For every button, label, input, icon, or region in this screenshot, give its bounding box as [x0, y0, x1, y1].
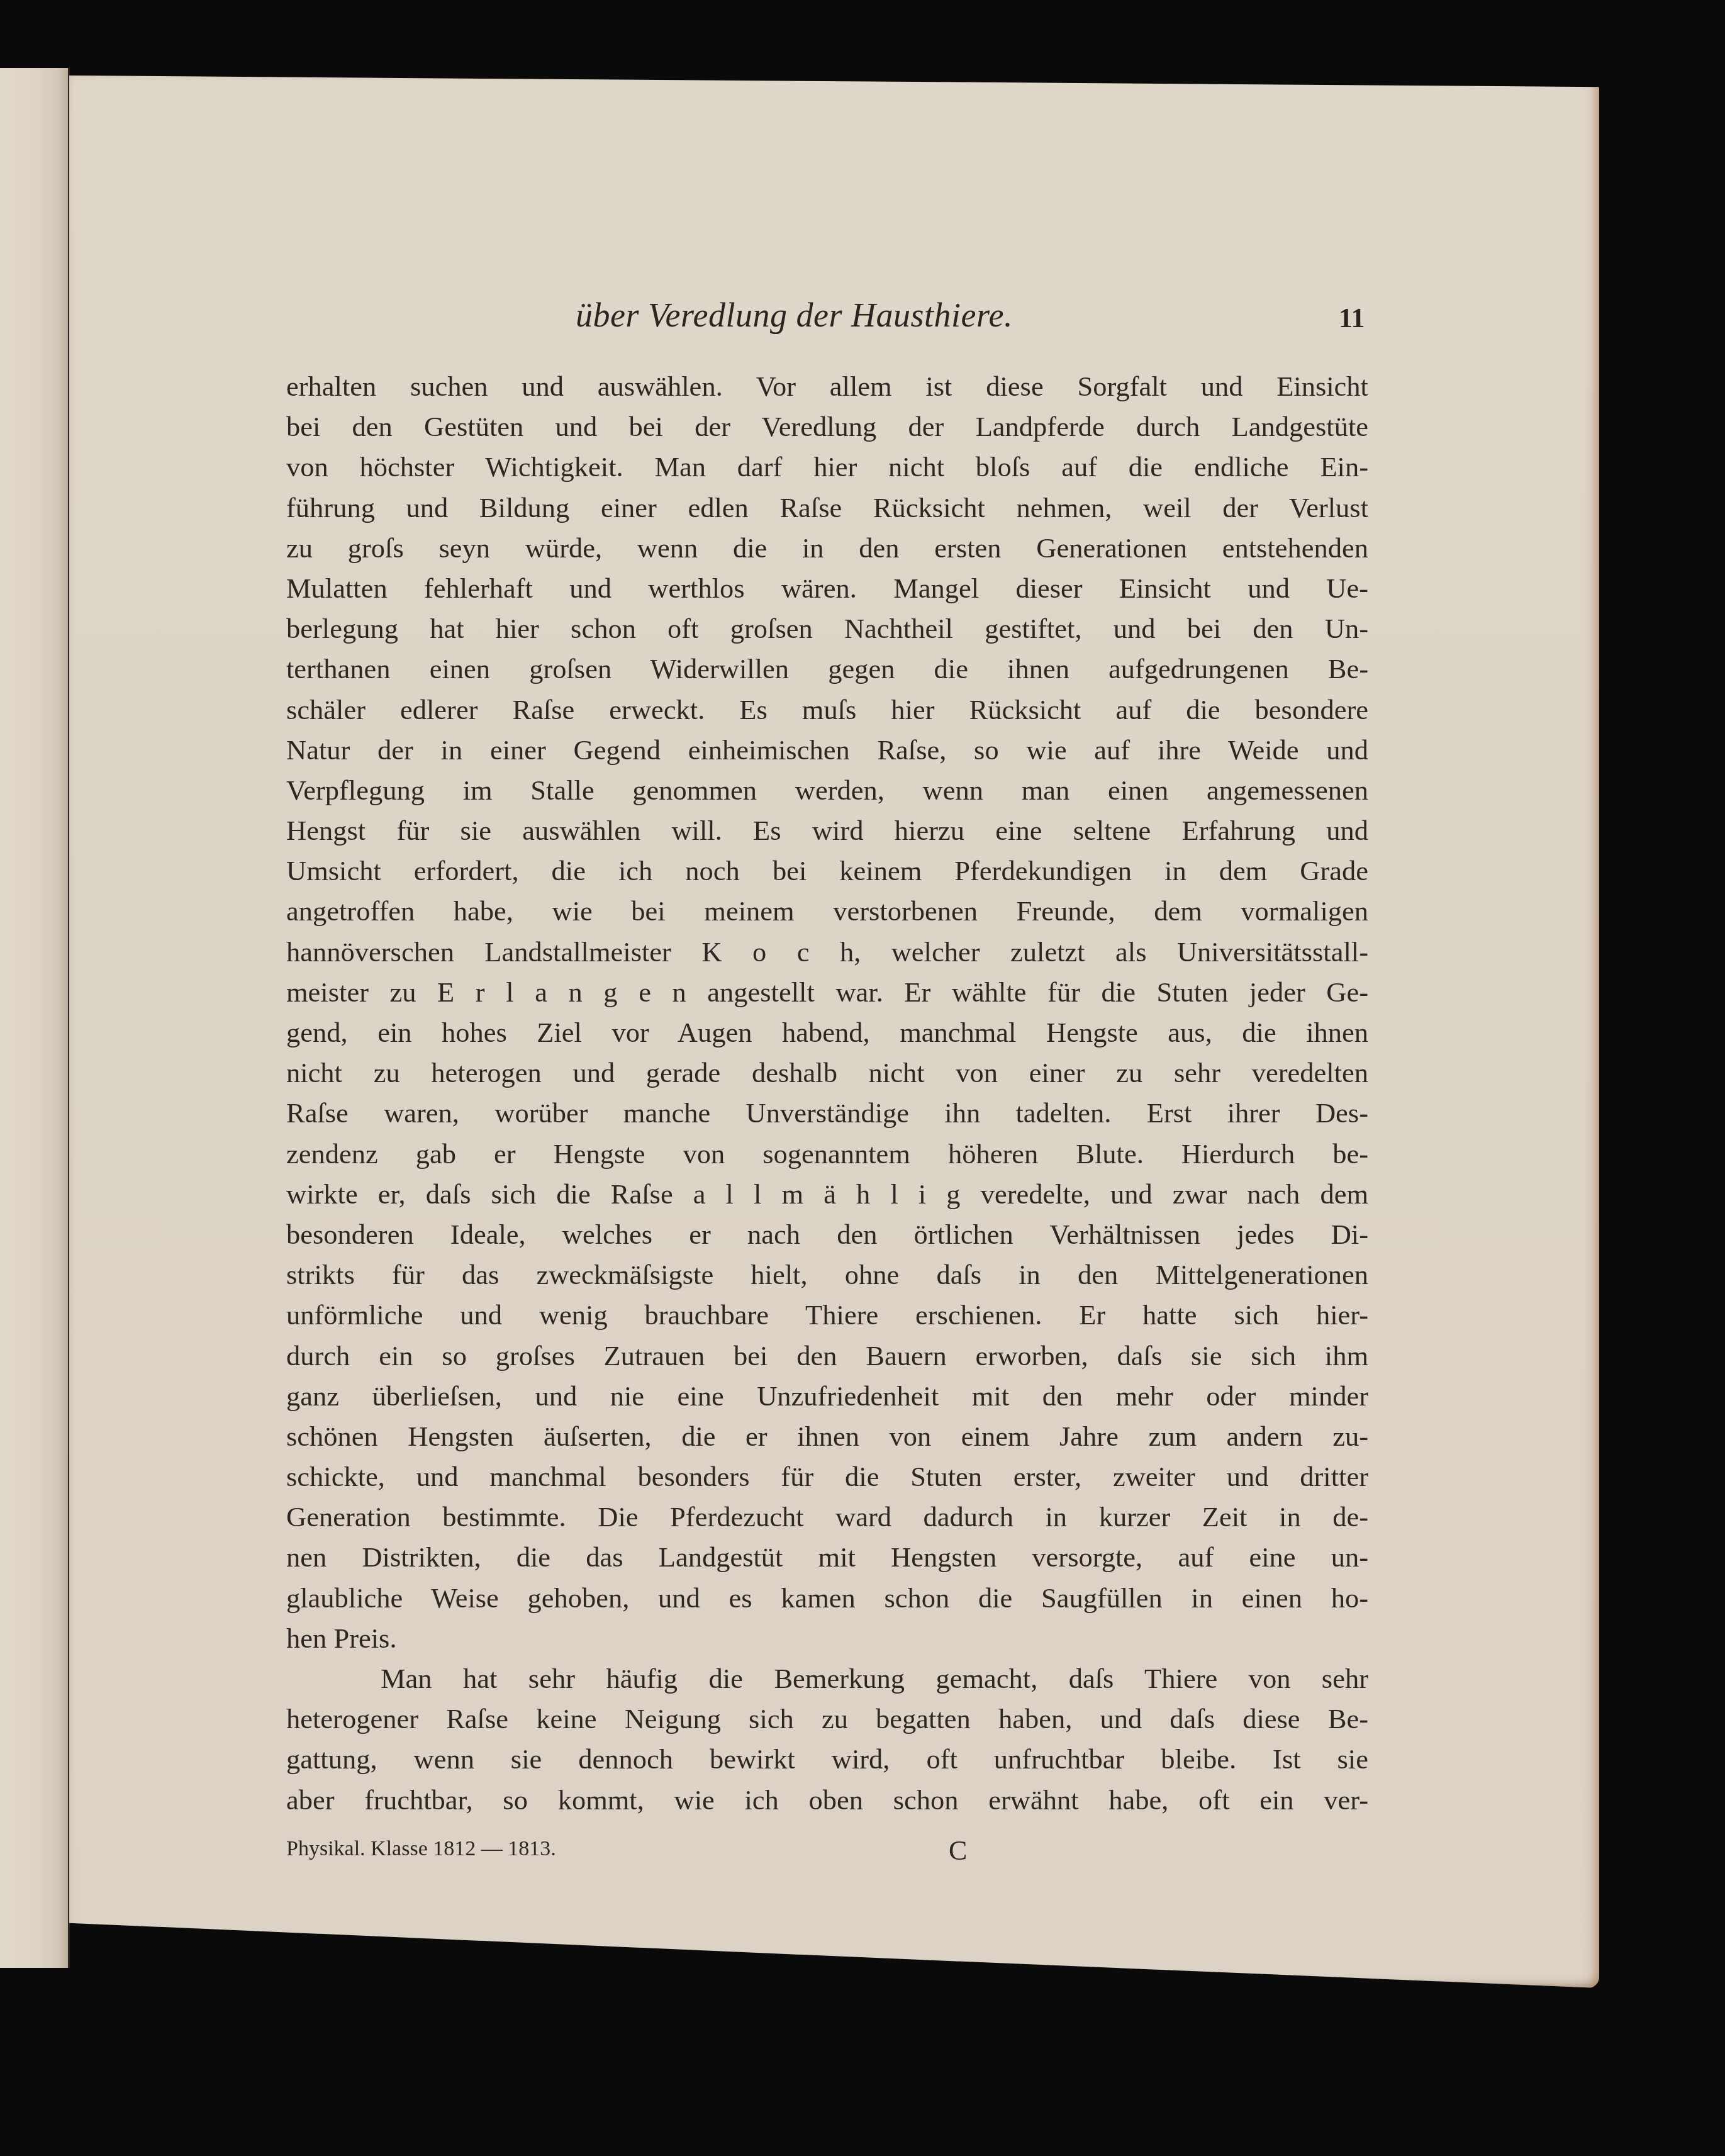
text-line: strikts für das zweckmäſsigste hielt, oh… — [286, 1254, 1368, 1295]
text-line: glaubliche Weise gehoben, und es kamen s… — [286, 1578, 1368, 1618]
text-line: schäler edlerer Raſse erweckt. Es muſs h… — [286, 690, 1368, 730]
facing-page-edge — [0, 68, 70, 1968]
text-line: zendenz gab er Hengste von sogenanntem h… — [286, 1134, 1368, 1174]
text-line: bei den Gestüten und bei der Veredlung d… — [286, 406, 1368, 447]
book-page: über Veredlung der Hausthiere. 11 erhalt… — [69, 75, 1599, 1988]
text-line: meister zu E r l a n g e n angestellt wa… — [286, 972, 1368, 1012]
text-line: zu groſs seyn würde, wenn die in den ers… — [286, 528, 1368, 568]
text-line: hannöverschen Landstallmeister K o c h, … — [286, 932, 1368, 972]
text-line: gattung, wenn sie dennoch bewirkt wird, … — [286, 1739, 1368, 1779]
text-line: schönen Hengsten äuſserten, die er ihnen… — [286, 1416, 1368, 1456]
text-line: von höchster Wichtigkeit. Man darf hier … — [286, 447, 1368, 487]
text-line: führung und Bildung einer edlen Raſse Rü… — [286, 488, 1368, 528]
text-line: erhalten suchen und auswählen. Vor allem… — [286, 366, 1368, 406]
text-line: berlegung hat hier schon oft groſsen Nac… — [286, 608, 1368, 649]
text-line: Natur der in einer Gegend einheimischen … — [286, 730, 1368, 770]
text-line: Hengst für sie auswählen will. Es wird h… — [286, 810, 1368, 851]
body-text: erhalten suchen und auswählen. Vor allem… — [286, 366, 1368, 1820]
page-number: 11 — [1339, 302, 1365, 334]
text-line: unförmliche und wenig brauchbare Thiere … — [286, 1295, 1368, 1335]
text-line: wirkte er, daſs sich die Raſse a l l m ä… — [286, 1174, 1368, 1214]
text-line: schickte, und manchmal besonders für die… — [286, 1456, 1368, 1497]
running-head: über Veredlung der Hausthiere. 11 — [69, 296, 1599, 346]
text-line: angetroffen habe, wie bei meinem verstor… — [286, 891, 1368, 931]
text-line: Generation bestimmte. Die Pferdezucht wa… — [286, 1497, 1368, 1537]
signature-mark: C — [949, 1835, 967, 1867]
text-line: heterogener Raſse keine Neigung sich zu … — [286, 1699, 1368, 1739]
text-line: Man hat sehr häufig die Bemerkung gemach… — [286, 1658, 1368, 1699]
text-line: hen Preis. — [286, 1618, 1368, 1658]
running-title: über Veredlung der Hausthiere. — [576, 296, 1013, 335]
text-line: Umsicht erfordert, die ich noch bei kein… — [286, 851, 1368, 891]
text-line: durch ein so groſses Zutrauen bei den Ba… — [286, 1336, 1368, 1376]
text-line: nicht zu heterogen und gerade deshalb ni… — [286, 1053, 1368, 1093]
text-line: Mulatten fehlerhaft und werthlos wären. … — [286, 568, 1368, 608]
text-line: ganz überlieſsen, und nie eine Unzufried… — [286, 1376, 1368, 1416]
text-line: gend, ein hohes Ziel vor Augen habend, m… — [286, 1012, 1368, 1053]
text-line: terthanen einen groſsen Widerwillen gege… — [286, 649, 1368, 689]
page-footer: Physikal. Klasse 1812 — 1813. C — [286, 1837, 1368, 1875]
series-line: Physikal. Klasse 1812 — 1813. — [286, 1837, 556, 1861]
text-line: aber fruchtbar, so kommt, wie ich oben s… — [286, 1780, 1368, 1820]
text-line: Verpflegung im Stalle genommen werden, w… — [286, 770, 1368, 810]
text-line: Raſse waren, worüber manche Unverständig… — [286, 1093, 1368, 1133]
text-line: besonderen Ideale, welches er nach den ö… — [286, 1214, 1368, 1254]
text-line: nen Distrikten, die das Landgestüt mit H… — [286, 1537, 1368, 1577]
